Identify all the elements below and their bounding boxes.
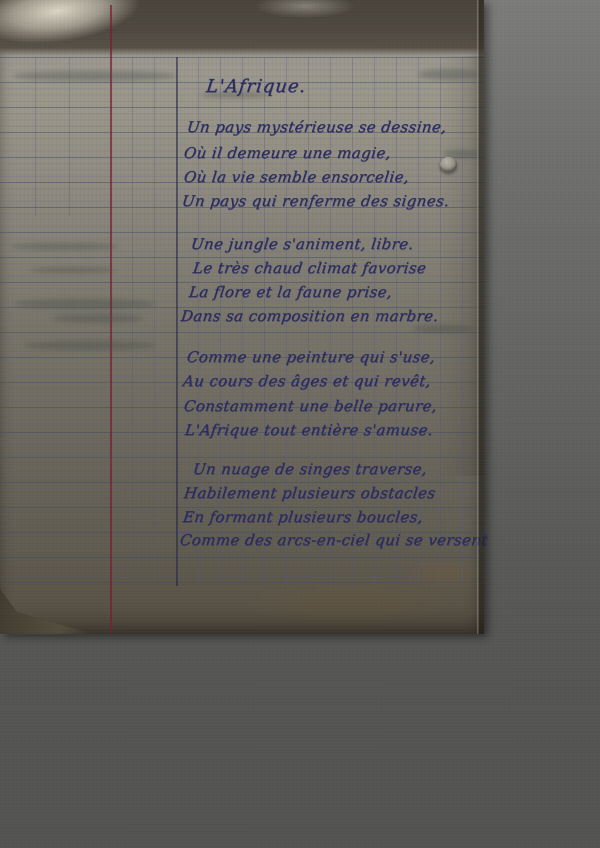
paper-edge-shadow xyxy=(477,0,484,634)
poem-line: Dans sa composition en marbre. xyxy=(180,309,439,324)
poem-title: L'Afrique. xyxy=(205,78,307,96)
poem-line: Constamment une belle parure, xyxy=(183,399,438,414)
curled-corner xyxy=(0,584,92,634)
faint-vertical-line xyxy=(35,58,36,216)
poem-line: La flore et la faune prise, xyxy=(188,285,393,300)
bleed-through-smudge xyxy=(412,325,474,333)
poem-line: L'Afrique tout entière s'amuse. xyxy=(184,423,434,438)
poem-line: Comme une peinture qui s'use, xyxy=(186,350,436,365)
poem-line: Habilement plusieurs obstacles xyxy=(183,486,436,501)
poem-line: Un pays qui renferme des signes. xyxy=(181,194,450,209)
bleed-through-smudge xyxy=(10,243,118,250)
dark-vertical-line xyxy=(176,57,178,586)
bleed-through-smudge xyxy=(418,69,480,80)
poem-line: Une jungle s'animent, libre. xyxy=(190,237,415,252)
poem-line: Comme des arcs-en-ciel qui se versent xyxy=(179,533,489,548)
paper-sheet: L'Afrique. Un pays mystérieuse se dessin… xyxy=(0,0,484,634)
poem-line: Un nuage de singes traverse, xyxy=(192,462,428,477)
faint-vertical-line xyxy=(69,58,70,216)
bleed-through-smudge xyxy=(12,71,177,81)
poem-line: Où la vie semble ensorcelie, xyxy=(183,170,410,185)
poem-line: Où il demeure une magie, xyxy=(183,146,392,161)
bleed-through-smudge xyxy=(14,299,156,309)
bleed-through-smudge xyxy=(52,314,144,323)
bleed-through-smudge xyxy=(24,341,156,350)
scanned-notebook-page: L'Afrique. Un pays mystérieuse se dessin… xyxy=(0,0,600,848)
poem-line: Au cours des âges et qui revêt, xyxy=(182,374,432,389)
bleed-through-smudge xyxy=(30,267,116,273)
poem-line: Le très chaud climat favorise xyxy=(192,261,427,276)
poem-line: Un pays mystérieuse se dessine, xyxy=(186,120,447,135)
poem-line: En formant plusieurs boucles, xyxy=(182,510,424,525)
water-droplet xyxy=(440,157,457,172)
